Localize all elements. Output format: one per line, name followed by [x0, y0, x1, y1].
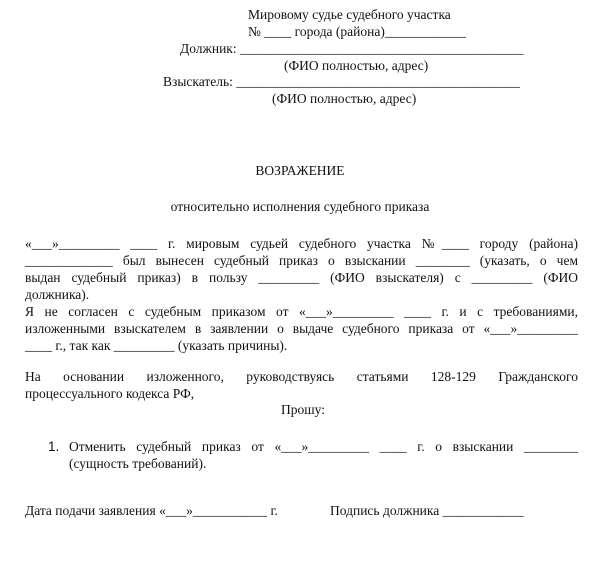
document-subtitle: относительно исполнения судебного приказ…	[0, 199, 600, 215]
request-item-text: Отменить судебный приказ от «___»_______…	[69, 438, 578, 472]
request-item-line: Отменить судебный приказ от «___»_______…	[69, 438, 578, 455]
submission-date: Дата подачи заявления «___»___________ г…	[25, 503, 278, 519]
claimant-blank[interactable]: ________________________________________…	[236, 73, 520, 91]
request-item-number: 1.	[48, 438, 59, 455]
debtor-signature: Подпись должника ____________	[330, 503, 524, 519]
claimant-hint: (ФИО полностью, адрес)	[272, 90, 416, 108]
paragraph-legal-basis: На основании изложенного, руководствуясь…	[25, 368, 578, 402]
paragraph-line: выдан судебный приказ) в пользу ________…	[25, 269, 578, 286]
paragraph-line: процессуального кодекса РФ,	[25, 385, 578, 402]
debtor-label: Должник:	[180, 41, 237, 56]
addressee-line-2: № ____ города (района)____________	[248, 23, 466, 41]
request-heading: Прошу:	[281, 402, 325, 418]
paragraph-line: _____________ был вынесен судебный прика…	[25, 252, 578, 269]
paragraph-line: изложенными взыскателем в заявлении о вы…	[25, 320, 578, 337]
addressee-line-1: Мировому судье судебного участка	[248, 6, 451, 24]
paragraph-line: Я не согласен с судебным приказом от «__…	[25, 303, 578, 320]
debtor-blank[interactable]: ________________________________________…	[240, 40, 524, 58]
paragraph-line: «___»_________ ____ г. мировым судьей су…	[25, 235, 578, 252]
document-title: ВОЗРАЖЕНИЕ	[0, 163, 600, 179]
claimant-label: Взыскатель:	[163, 74, 233, 89]
paragraph-order-details: «___»_________ ____ г. мировым судьей су…	[25, 235, 578, 303]
paragraph-line: На основании изложенного, руководствуясь…	[25, 368, 578, 385]
paragraph-disagreement: Я не согласен с судебным приказом от «__…	[25, 303, 578, 354]
claimant-field: Взыскатель: ____________________________…	[163, 73, 520, 91]
paragraph-line: ____ г., так как _________ (указать прич…	[25, 337, 578, 354]
paragraph-line: должника).	[25, 286, 578, 303]
request-item-line: (сущность требований).	[69, 455, 578, 472]
debtor-field: Должник: _______________________________…	[180, 40, 523, 58]
